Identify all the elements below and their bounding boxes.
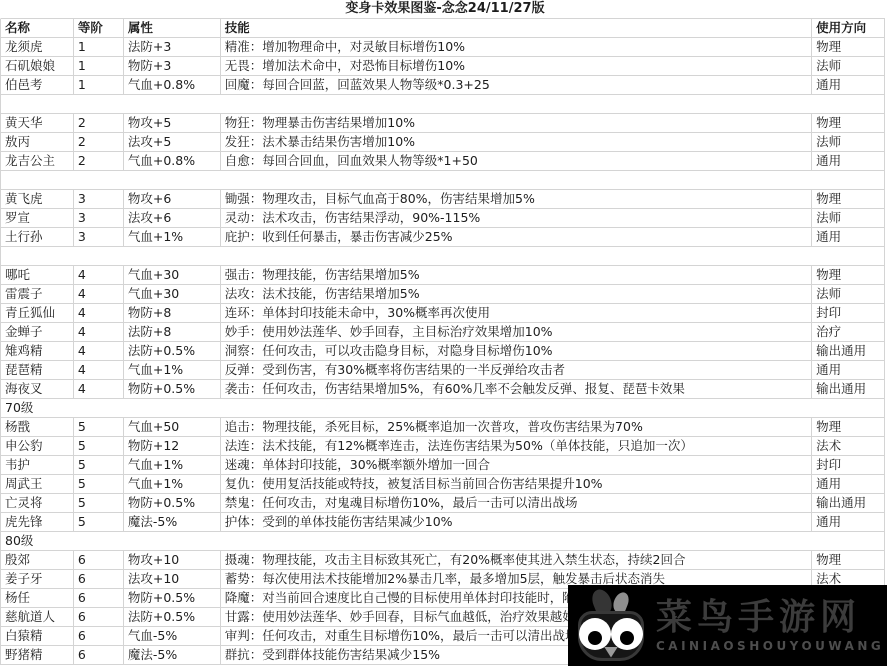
cell-usage: 通用: [812, 513, 885, 531]
cell-attribute: 气血-5%: [124, 627, 221, 645]
cell-attribute: 法攻+5: [124, 133, 221, 151]
cell-name: 罗宣: [1, 209, 74, 227]
bird-logo-icon: [576, 589, 646, 663]
cell-tier: 4: [74, 342, 124, 360]
table-row: 杨戬5气血+50追击：物理技能，杀死目标，25%概率追加一次普攻，普攻伤害结果为…: [0, 418, 885, 437]
cell-tier: 2: [74, 133, 124, 151]
cell-name: 雷震子: [1, 285, 74, 303]
cell-tier: 2: [74, 152, 124, 170]
cell-usage: 法师: [812, 285, 885, 303]
cell-usage: 物理: [812, 190, 885, 208]
table-row: 哪吒4气血+30强击：物理技能，伤害结果增加5%物理: [0, 266, 885, 285]
table-title-row: 变身卡效果图鉴-念念24/11/27版: [0, 0, 885, 19]
cell-name: 青丘狐仙: [1, 304, 74, 322]
cell-tier: 5: [74, 494, 124, 512]
cell-attribute: 物攻+10: [124, 551, 221, 569]
column-header-name: 名称: [1, 19, 74, 37]
table-row: 黄飞虎3物攻+6锄强：物理攻击，目标气血高于80%，伤害结果增加5%物理: [0, 190, 885, 209]
cell-attribute: 物攻+6: [124, 190, 221, 208]
site-name-en: CAINIAOSHOUYOUWANG: [656, 638, 884, 654]
cell-name: 哪吒: [1, 266, 74, 284]
table-row: 石矶娘娘1物防+3无畏：增加法术命中，对恐怖目标增伤10%法师: [0, 57, 885, 76]
table-row: 雉鸡精4法防+0.5%洞察：任何攻击，可以攻击隐身目标，对隐身目标增伤10%输出…: [0, 342, 885, 361]
cell-tier: 5: [74, 475, 124, 493]
cell-skill: 发狂：法术暴击结果伤害增加10%: [221, 133, 812, 151]
cell-attribute: 物防+0.5%: [124, 380, 221, 398]
cell-name: 野猪精: [1, 646, 74, 664]
section-row: 80级: [0, 532, 885, 551]
cell-usage: 通用: [812, 361, 885, 379]
table-row: 金蝉子4法防+8妙手：使用妙法莲华、妙手回春，主目标治疗效果增加10%治疗: [0, 323, 885, 342]
transform-card-effect-table: 变身卡效果图鉴-念念24/11/27版 名称 等阶 属性 技能 使用方向 龙须虎…: [0, 0, 885, 665]
cell-tier: 6: [74, 608, 124, 626]
cell-usage: 输出通用: [812, 494, 885, 512]
cell-skill: 护体：受到的单体技能伤害结果减少10%: [221, 513, 812, 531]
cell-tier: 4: [74, 304, 124, 322]
empty-cell: [1, 247, 885, 265]
cell-usage: 物理: [812, 418, 885, 436]
cell-name: 石矶娘娘: [1, 57, 74, 75]
cell-attribute: 物防+0.5%: [124, 494, 221, 512]
empty-row: [0, 247, 885, 266]
cell-attribute: 气血+1%: [124, 361, 221, 379]
cell-tier: 6: [74, 551, 124, 569]
cell-name: 殷郊: [1, 551, 74, 569]
cell-usage: 封印: [812, 456, 885, 474]
table-row: 青丘狐仙4物防+8连环：单体封印技能未命中，30%概率再次使用封印: [0, 304, 885, 323]
cell-skill: 法连：法术技能，有12%概率连击，法连伤害结果为50%（单体技能，只追加一次）: [221, 437, 812, 455]
table-row: 琵琶精4气血+1%反弹：受到伤害，有30%概率将伤害结果的一半反弹给攻击者通用: [0, 361, 885, 380]
cell-tier: 1: [74, 76, 124, 94]
cell-name: 虎先锋: [1, 513, 74, 531]
table-header-row: 名称 等阶 属性 技能 使用方向: [0, 19, 885, 38]
cell-tier: 4: [74, 323, 124, 341]
cell-tier: 5: [74, 437, 124, 455]
cell-usage: 物理: [812, 114, 885, 132]
cell-name: 慈航道人: [1, 608, 74, 626]
cell-skill: 袭击：任何攻击，伤害结果增加5%，有60%几率不会触发反弹、报复、琵琶卡效果: [221, 380, 812, 398]
cell-usage: 通用: [812, 76, 885, 94]
table-row: 亡灵将5物防+0.5%禁鬼：任何攻击，对鬼魂目标增伤10%，最后一击可以清出战场…: [0, 494, 885, 513]
section-label: 70级: [1, 399, 885, 417]
site-watermark: 菜鸟手游网 CAINIAOSHOUYOUWANG: [568, 585, 887, 666]
cell-attribute: 气血+0.8%: [124, 152, 221, 170]
table-row: 土行孙3气血+1%庇护：收到任何暴击，暴击伤害减少25%通用: [0, 228, 885, 247]
cell-skill: 洞察：任何攻击，可以攻击隐身目标，对隐身目标增伤10%: [221, 342, 812, 360]
cell-name: 金蝉子: [1, 323, 74, 341]
cell-tier: 6: [74, 589, 124, 607]
bird-eye-left: [579, 618, 611, 650]
empty-row: [0, 171, 885, 190]
cell-skill: 法攻：法术技能，伤害结果增加5%: [221, 285, 812, 303]
cell-attribute: 气血+30: [124, 266, 221, 284]
cell-attribute: 气血+50: [124, 418, 221, 436]
site-name-cn: 菜鸟手游网: [656, 598, 884, 638]
column-header-skill: 技能: [221, 19, 812, 37]
cell-skill: 物狂：物理暴击伤害结果增加10%: [221, 114, 812, 132]
cell-usage: 通用: [812, 228, 885, 246]
cell-skill: 摄魂：物理技能，攻击主目标致其死亡，有20%概率使其进入禁生状态，持续2回合: [221, 551, 812, 569]
cell-attribute: 法防+0.5%: [124, 608, 221, 626]
cell-tier: 5: [74, 418, 124, 436]
cell-attribute: 魔法-5%: [124, 646, 221, 664]
cell-skill: 庇护：收到任何暴击，暴击伤害减少25%: [221, 228, 812, 246]
cell-attribute: 物攻+5: [124, 114, 221, 132]
table-row: 虎先锋5魔法-5%护体：受到的单体技能伤害结果减少10%通用: [0, 513, 885, 532]
cell-name: 伯邑考: [1, 76, 74, 94]
cell-skill: 回魔：每回合回蓝，回蓝效果人物等级*0.3+25: [221, 76, 812, 94]
cell-usage: 物理: [812, 551, 885, 569]
cell-name: 雉鸡精: [1, 342, 74, 360]
cell-name: 周武王: [1, 475, 74, 493]
cell-name: 琵琶精: [1, 361, 74, 379]
cell-attribute: 法防+3: [124, 38, 221, 56]
cell-attribute: 气血+30: [124, 285, 221, 303]
cell-tier: 5: [74, 456, 124, 474]
column-header-usage: 使用方向: [812, 19, 885, 37]
cell-tier: 2: [74, 114, 124, 132]
cell-skill: 连环：单体封印技能未命中，30%概率再次使用: [221, 304, 812, 322]
cell-tier: 3: [74, 190, 124, 208]
cell-skill: 禁鬼：任何攻击，对鬼魂目标增伤10%，最后一击可以清出战场: [221, 494, 812, 512]
cell-usage: 法师: [812, 57, 885, 75]
cell-usage: 法术: [812, 437, 885, 455]
column-header-attribute: 属性: [124, 19, 221, 37]
cell-attribute: 法防+0.5%: [124, 342, 221, 360]
table-row: 龙须虎1法防+3精准：增加物理命中，对灵敏目标增伤10%物理: [0, 38, 885, 57]
section-label: 80级: [1, 532, 885, 550]
cell-name: 黄飞虎: [1, 190, 74, 208]
cell-tier: 4: [74, 266, 124, 284]
cell-tier: 4: [74, 285, 124, 303]
cell-tier: 1: [74, 38, 124, 56]
cell-name: 白猿精: [1, 627, 74, 645]
cell-usage: 法师: [812, 209, 885, 227]
table-row: 申公豹5物防+12法连：法术技能，有12%概率连击，法连伤害结果为50%（单体技…: [0, 437, 885, 456]
column-header-tier: 等阶: [74, 19, 124, 37]
cell-attribute: 物防+8: [124, 304, 221, 322]
cell-tier: 4: [74, 380, 124, 398]
cell-attribute: 法攻+10: [124, 570, 221, 588]
cell-attribute: 气血+1%: [124, 475, 221, 493]
cell-skill: 灵动：法术攻击，伤害结果浮动，90%-115%: [221, 209, 812, 227]
bird-eye-right: [611, 618, 643, 650]
cell-skill: 自愈：每回合回血，回血效果人物等级*1+50: [221, 152, 812, 170]
cell-name: 土行孙: [1, 228, 74, 246]
section-row: 70级: [0, 399, 885, 418]
cell-attribute: 法攻+6: [124, 209, 221, 227]
cell-skill: 无畏：增加法术命中，对恐怖目标增伤10%: [221, 57, 812, 75]
cell-usage: 输出通用: [812, 342, 885, 360]
cell-name: 杨戬: [1, 418, 74, 436]
cell-attribute: 物防+12: [124, 437, 221, 455]
cell-name: 敖丙: [1, 133, 74, 151]
table-row: 黄天华2物攻+5物狂：物理暴击伤害结果增加10%物理: [0, 114, 885, 133]
cell-tier: 5: [74, 513, 124, 531]
cell-skill: 复仇：使用复活技能或特技，被复活目标当前回合伤害结果提升10%: [221, 475, 812, 493]
cell-name: 黄天华: [1, 114, 74, 132]
watermark-text-block: 菜鸟手游网 CAINIAOSHOUYOUWANG: [656, 598, 884, 654]
cell-name: 申公豹: [1, 437, 74, 455]
cell-skill: 反弹：受到伤害，有30%概率将伤害结果的一半反弹给攻击者: [221, 361, 812, 379]
cell-attribute: 气血+0.8%: [124, 76, 221, 94]
table-row: 罗宣3法攻+6灵动：法术攻击，伤害结果浮动，90%-115%法师: [0, 209, 885, 228]
cell-name: 亡灵将: [1, 494, 74, 512]
cell-usage: 通用: [812, 152, 885, 170]
cell-usage: 通用: [812, 475, 885, 493]
cell-skill: 迷魂：单体封印技能，30%概率额外增加一回合: [221, 456, 812, 474]
table-row: 雷震子4气血+30法攻：法术技能，伤害结果增加5%法师: [0, 285, 885, 304]
cell-tier: 6: [74, 627, 124, 645]
empty-cell: [1, 171, 885, 189]
cell-attribute: 物防+3: [124, 57, 221, 75]
table-row: 殷郊6物攻+10摄魂：物理技能，攻击主目标致其死亡，有20%概率使其进入禁生状态…: [0, 551, 885, 570]
cell-attribute: 气血+1%: [124, 456, 221, 474]
cell-tier: 3: [74, 209, 124, 227]
cell-skill: 妙手：使用妙法莲华、妙手回春，主目标治疗效果增加10%: [221, 323, 812, 341]
effect-table-body: 龙须虎1法防+3精准：增加物理命中，对灵敏目标增伤10%物理石矶娘娘1物防+3无…: [0, 38, 885, 665]
cell-usage: 物理: [812, 266, 885, 284]
page-title: 变身卡效果图鉴-念念24/11/27版: [1, 0, 885, 18]
empty-cell: [1, 95, 885, 113]
cell-usage: 物理: [812, 38, 885, 56]
empty-row: [0, 95, 885, 114]
cell-name: 杨任: [1, 589, 74, 607]
cell-skill: 锄强：物理攻击，目标气血高于80%，伤害结果增加5%: [221, 190, 812, 208]
cell-usage: 治疗: [812, 323, 885, 341]
cell-attribute: 气血+1%: [124, 228, 221, 246]
cell-usage: 法师: [812, 133, 885, 151]
cell-skill: 精准：增加物理命中，对灵敏目标增伤10%: [221, 38, 812, 56]
table-row: 伯邑考1气血+0.8%回魔：每回合回蓝，回蓝效果人物等级*0.3+25通用: [0, 76, 885, 95]
cell-tier: 6: [74, 570, 124, 588]
cell-name: 姜子牙: [1, 570, 74, 588]
table-row: 周武王5气血+1%复仇：使用复活技能或特技，被复活目标当前回合伤害结果提升10%…: [0, 475, 885, 494]
cell-name: 海夜叉: [1, 380, 74, 398]
cell-usage: 封印: [812, 304, 885, 322]
cell-attribute: 法防+8: [124, 323, 221, 341]
cell-name: 龙吉公主: [1, 152, 74, 170]
cell-skill: 追击：物理技能，杀死目标，25%概率追加一次普攻，普攻伤害结果为70%: [221, 418, 812, 436]
cell-tier: 3: [74, 228, 124, 246]
cell-tier: 1: [74, 57, 124, 75]
cell-name: 韦护: [1, 456, 74, 474]
cell-name: 龙须虎: [1, 38, 74, 56]
cell-usage: 输出通用: [812, 380, 885, 398]
table-row: 龙吉公主2气血+0.8%自愈：每回合回血，回血效果人物等级*1+50通用: [0, 152, 885, 171]
table-row: 韦护5气血+1%迷魂：单体封印技能，30%概率额外增加一回合封印: [0, 456, 885, 475]
table-row: 敖丙2法攻+5发狂：法术暴击结果伤害增加10%法师: [0, 133, 885, 152]
cell-skill: 强击：物理技能，伤害结果增加5%: [221, 266, 812, 284]
table-row: 海夜叉4物防+0.5%袭击：任何攻击，伤害结果增加5%，有60%几率不会触发反弹…: [0, 380, 885, 399]
cell-attribute: 物防+0.5%: [124, 589, 221, 607]
cell-attribute: 魔法-5%: [124, 513, 221, 531]
cell-tier: 4: [74, 361, 124, 379]
cell-tier: 6: [74, 646, 124, 664]
